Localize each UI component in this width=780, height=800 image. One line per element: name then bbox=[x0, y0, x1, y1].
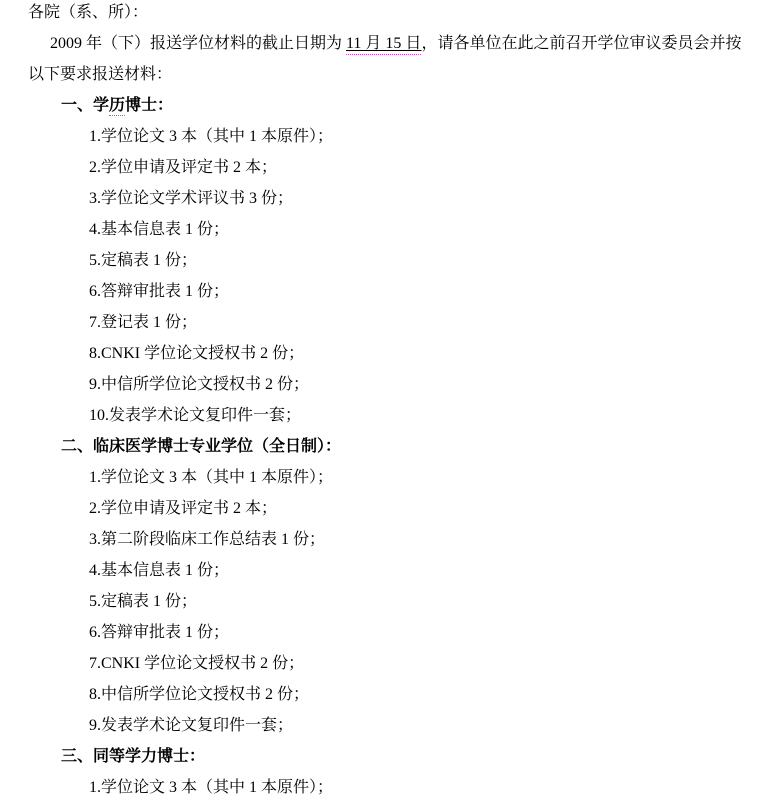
deadline-smart-tag: 11 月 15 日 bbox=[346, 35, 421, 55]
intro-text-before-date: 2009 年（下）报送学位材料的截止日期为 bbox=[50, 35, 346, 52]
list-item: 7.登记表 1 份； bbox=[0, 307, 780, 338]
list-item: 3.第二阶段临床工作总结表 1 份； bbox=[0, 524, 780, 555]
list-item: 3.学位论文学术评议书 3 份； bbox=[0, 183, 780, 214]
section-2-heading: 二、临床医学博士专业学位（全日制）： bbox=[0, 431, 780, 462]
section-1-heading: 一、学历博士： bbox=[0, 90, 780, 121]
deadline-date: 11 月 15 日 bbox=[346, 35, 421, 52]
list-item: 2.学位申请及评定书 2 本； bbox=[0, 152, 780, 183]
list-item: 1.学位论文 3 本（其中 1 本原件）； bbox=[0, 462, 780, 493]
section-3-heading: 三、同等学力博士： bbox=[0, 741, 780, 772]
section-2-heading-text: 二、临床医学博士专业学位（全日制）： bbox=[61, 438, 341, 455]
list-item: 6.答辩审批表 1 份； bbox=[0, 276, 780, 307]
list-item: 8.中信所学位论文授权书 2 份； bbox=[0, 679, 780, 710]
intro-line-2: 以下要求报送材料： bbox=[0, 59, 780, 90]
list-item: 4.基本信息表 1 份； bbox=[0, 555, 780, 586]
salutation-line: 各院（系、所）： bbox=[0, 0, 780, 28]
list-item: 6.答辩审批表 1 份； bbox=[0, 617, 780, 648]
list-item: 8.CNKI 学位论文授权书 2 份； bbox=[0, 338, 780, 369]
intro-line-1: 2009 年（下）报送学位材料的截止日期为 11 月 15 日，请各单位在此之前… bbox=[0, 28, 780, 59]
spellcheck-squiggle bbox=[109, 115, 125, 116]
list-item: 1.学位论文 3 本（其中 1 本原件）； bbox=[0, 772, 780, 800]
list-item: 7.CNKI 学位论文授权书 2 份； bbox=[0, 648, 780, 679]
list-item: 2.学位申请及评定书 2 本； bbox=[0, 493, 780, 524]
list-item: 9.发表学术论文复印件一套； bbox=[0, 710, 780, 741]
document-page: 各院（系、所）： 2009 年（下）报送学位材料的截止日期为 11 月 15 日… bbox=[0, 0, 780, 800]
list-item: 5.定稿表 1 份； bbox=[0, 586, 780, 617]
intro-text-after-date: ，请各单位在此之前召开学位审议委员会并按 bbox=[421, 35, 741, 52]
list-item: 9.中信所学位论文授权书 2 份； bbox=[0, 369, 780, 400]
list-item: 1.学位论文 3 本（其中 1 本原件）； bbox=[0, 121, 780, 152]
list-item: 5.定稿表 1 份； bbox=[0, 245, 780, 276]
section-1-heading-text: 一、学历博士： bbox=[61, 97, 173, 114]
list-item: 10.发表学术论文复印件一套； bbox=[0, 400, 780, 431]
list-item: 4.基本信息表 1 份； bbox=[0, 214, 780, 245]
section-3-heading-text: 三、同等学力博士： bbox=[61, 748, 205, 765]
